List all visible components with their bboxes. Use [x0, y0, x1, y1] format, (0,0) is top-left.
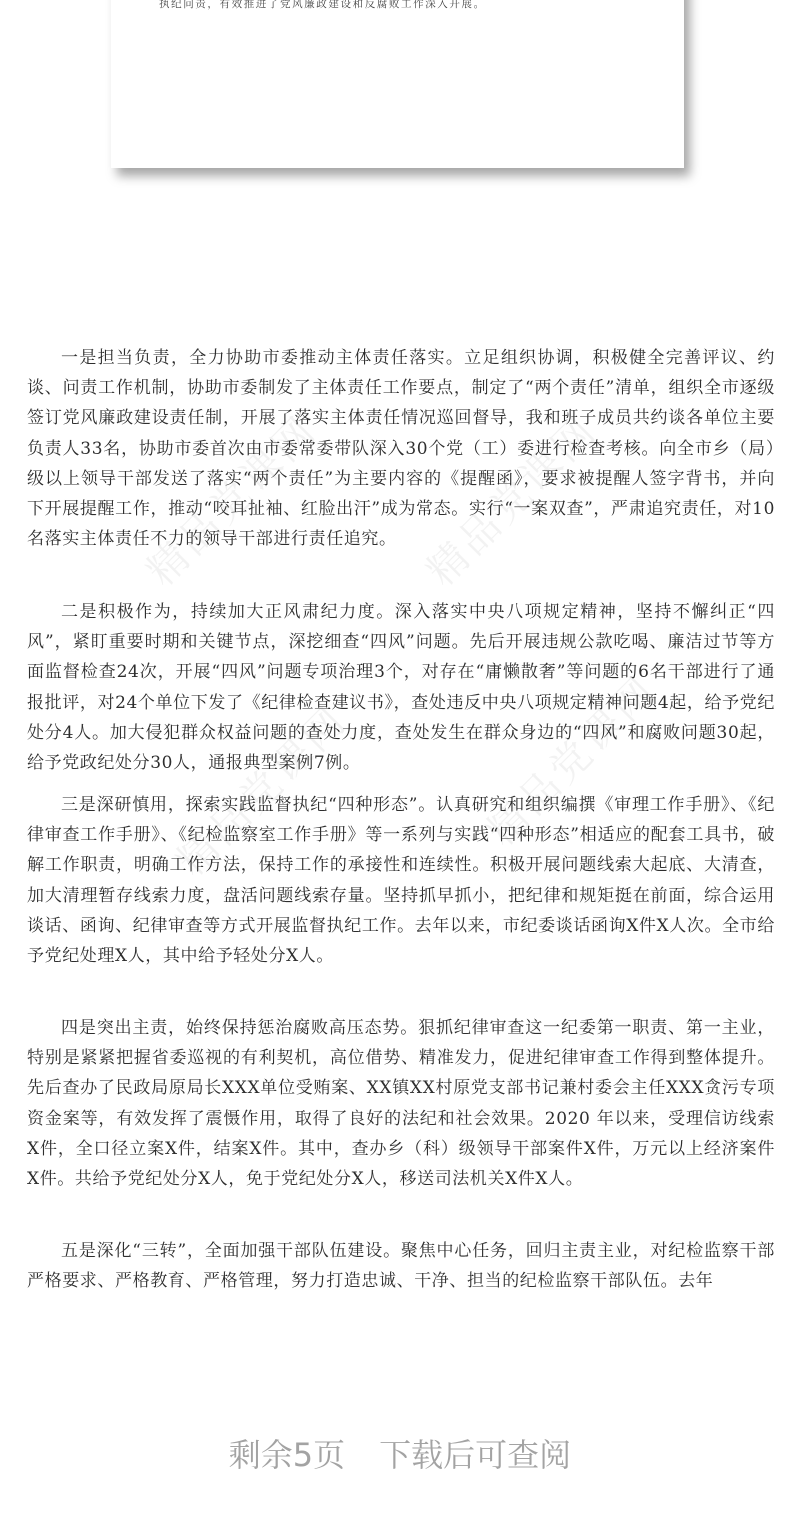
previous-page-last-line: 执纪问责，有效推进了党风廉政建设和反腐败工作深入开展。	[159, 0, 486, 11]
paragraph-1: 一是担当负责，全力协助市委推动主体责任落实。立足组织协调，积极健全完善评议、约谈…	[27, 343, 775, 585]
remaining-pages-label: 剩余5页	[229, 1436, 345, 1474]
paragraph-5: 五是深化“三转”，全面加强干部队伍建设。聚焦中心任务，回归主责主业，对纪检监察干…	[27, 1236, 775, 1296]
document-body: 一是担当负责，全力协助市委推动主体责任落实。立足组织协调，积极健全完善评议、约谈…	[27, 343, 775, 1296]
download-hint-label: 下载后可查阅	[379, 1436, 571, 1474]
paragraph-2: 二是积极作为，持续加大正风肃纪力度。深入落实中央八项规定精神，坚持不懈纠正“四风…	[27, 597, 775, 778]
remaining-pages-banner[interactable]: 剩余5页下载后可查阅	[0, 1430, 800, 1480]
paragraph-4: 四是突出主责，始终保持惩治腐败高压态势。狠抓纪律审查这一纪委第一职责、第一主业，…	[27, 1013, 775, 1224]
previous-page-card: 执纪问责，有效推进了党风廉政建设和反腐败工作深入开展。	[111, 0, 684, 168]
paragraph-3: 三是深研慎用，探索实践监督执纪“四种形态”。认真研究和组织编撰《审理工作手册》、…	[27, 790, 775, 1001]
